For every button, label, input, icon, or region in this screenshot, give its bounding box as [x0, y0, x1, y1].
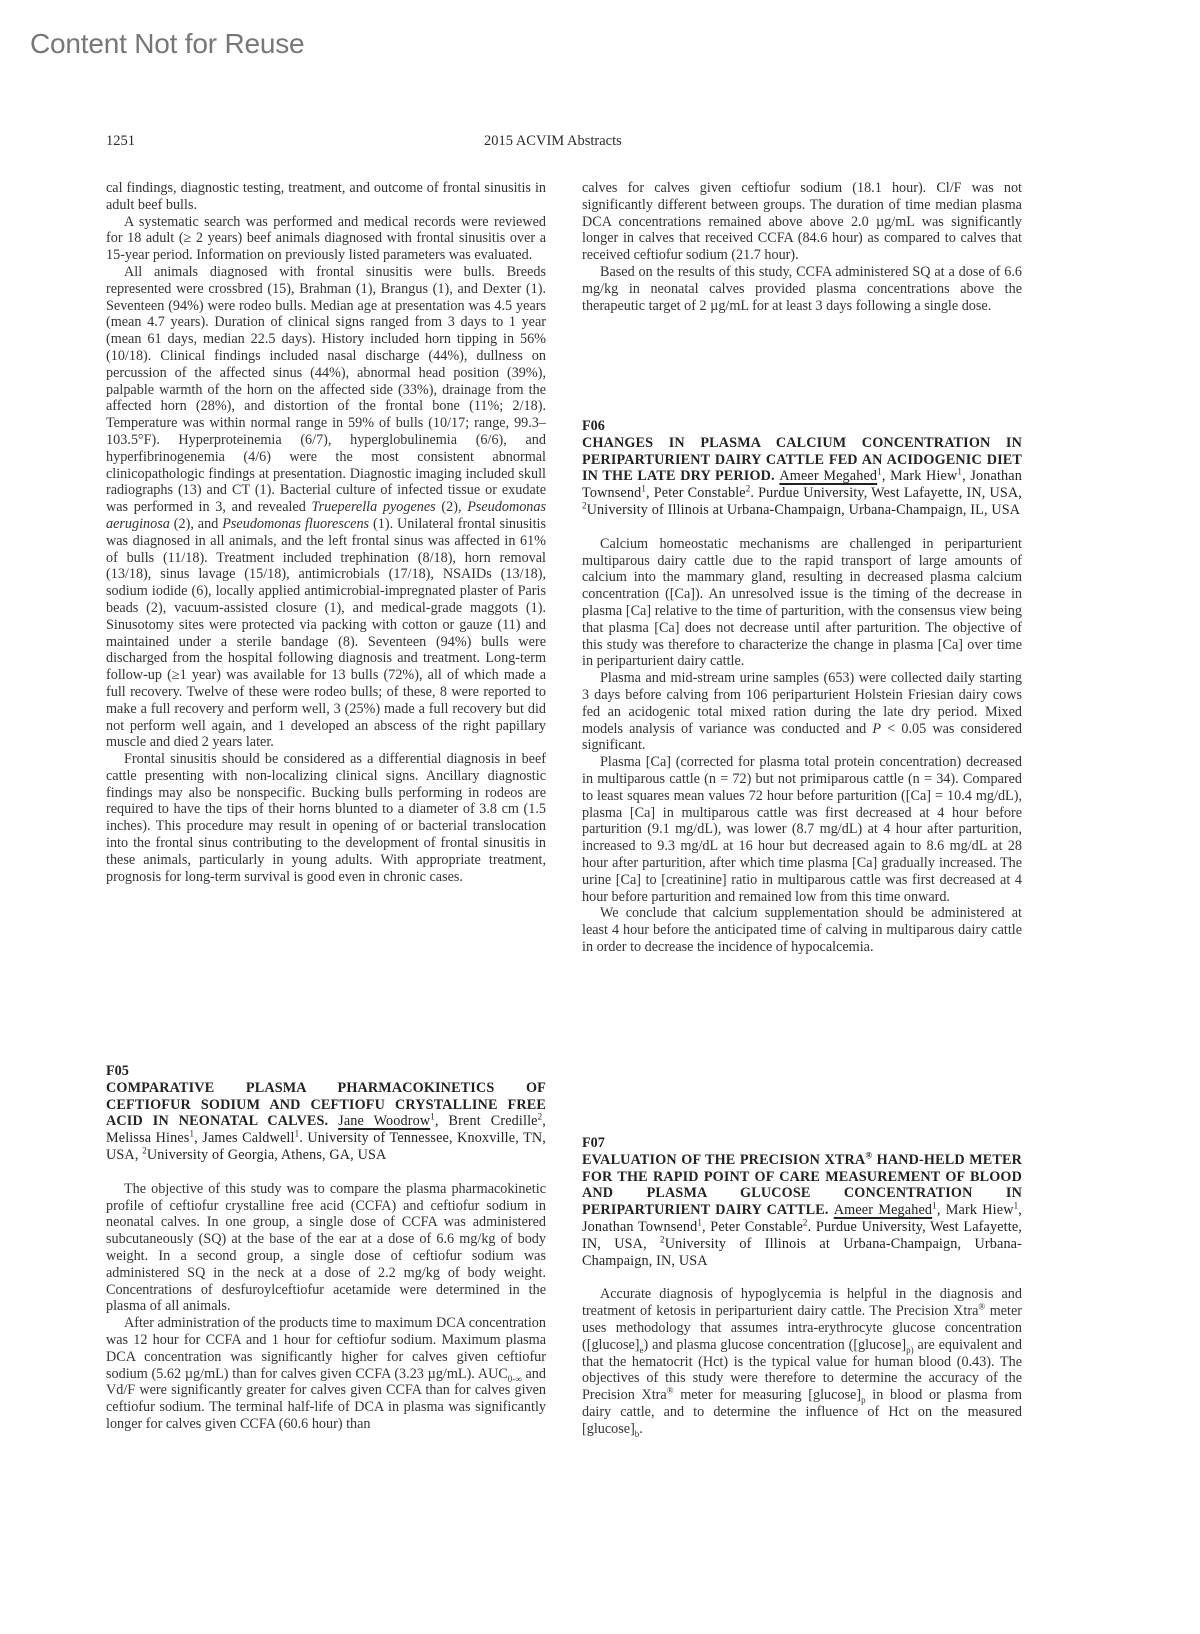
- affiliation: University of Georgia, Athens, GA, USA: [147, 1147, 387, 1163]
- registered-mark: ®: [667, 1385, 674, 1395]
- author: , Brent Credille: [435, 1113, 538, 1129]
- paragraph: We conclude that calcium supplementation…: [582, 905, 1022, 955]
- abstract-f07: F07 EVALUATION OF THE PRECISION XTRA® HA…: [582, 1135, 1022, 1438]
- left-column: cal findings, diagnostic testing, treatm…: [106, 180, 546, 885]
- author: , James Caldwell: [194, 1130, 294, 1146]
- abstract-f05: F05 COMPARATIVE PLASMA PHARMACOKINETICS …: [106, 1063, 546, 1433]
- abstract-f06: F06 CHANGES IN PLASMA CALCIUM CONCENTRAT…: [582, 418, 1022, 956]
- text: EVALUATION OF THE PRECISION XTRA: [582, 1152, 865, 1168]
- text: (2),: [436, 499, 467, 515]
- text: .: [639, 1421, 643, 1437]
- abstract-id: F07: [582, 1135, 1022, 1152]
- running-head: 1251 2015 ACVIM Abstracts: [106, 133, 1046, 153]
- abstract-id: F05: [106, 1063, 546, 1080]
- paragraph: Frontal sinusitis should be considered a…: [106, 751, 546, 885]
- paragraph: calves for calves given ceftiofur sodium…: [582, 180, 1022, 264]
- presenting-author: Ameer Megahed: [779, 468, 877, 484]
- text: (2), and: [170, 516, 222, 532]
- text: meter for measuring [glucose]: [674, 1387, 862, 1403]
- paragraph: After administration of the products tim…: [106, 1315, 546, 1433]
- abstract-body: Accurate diagnosis of hypoglycemia is he…: [582, 1286, 1022, 1437]
- presenting-author: Jane Woodrow: [338, 1113, 430, 1129]
- abstract-body: Calcium homeostatic mechanisms are chall…: [582, 536, 1022, 956]
- paragraph: All animals diagnosed with frontal sinus…: [106, 264, 546, 751]
- author: , Peter Constable: [702, 1219, 803, 1235]
- author: , Mark Hiew: [882, 468, 958, 484]
- text: ) and plasma glucose concentration ([glu…: [644, 1337, 907, 1353]
- paragraph: Calcium homeostatic mechanisms are chall…: [582, 536, 1022, 670]
- right-column: calves for calves given ceftiofur sodium…: [582, 180, 1022, 314]
- paragraph: Accurate diagnosis of hypoglycemia is he…: [582, 1286, 1022, 1437]
- paragraph: Based on the results of this study, CCFA…: [582, 264, 1022, 314]
- watermark: Content Not for Reuse: [30, 28, 304, 60]
- continued-abstract: cal findings, diagnostic testing, treatm…: [106, 180, 546, 885]
- page-number: 1251: [106, 133, 135, 150]
- text: Accurate diagnosis of hypoglycemia is he…: [582, 1286, 1022, 1319]
- presenting-author: Ameer Megahed: [834, 1202, 932, 1218]
- paragraph: cal findings, diagnostic testing, treatm…: [106, 180, 546, 214]
- text: (1). Unilateral frontal sinusitis was di…: [106, 516, 546, 750]
- journal-title: 2015 ACVIM Abstracts: [484, 133, 622, 150]
- paragraph: Plasma [Ca] (corrected for plasma total …: [582, 754, 1022, 905]
- abstract-body: The objective of this study was to compa…: [106, 1181, 546, 1433]
- abstract-title-block: CHANGES IN PLASMA CALCIUM CONCENTRATION …: [582, 435, 1022, 519]
- text: After administration of the products tim…: [106, 1315, 546, 1381]
- paragraph: A systematic search was performed and me…: [106, 214, 546, 264]
- affiliation: . Purdue University, West Lafayette, IN,…: [750, 485, 1022, 501]
- organism-name: Pseudomonas fluorescens: [222, 516, 369, 532]
- abstract-title-block: COMPARATIVE PLASMA PHARMACOKINETICS OF C…: [106, 1080, 546, 1164]
- author: , Mark Hiew: [937, 1202, 1014, 1218]
- abstract-id: F06: [582, 418, 1022, 435]
- author: , Peter Constable: [646, 485, 746, 501]
- p-value-symbol: P: [872, 721, 881, 737]
- f05-continued: calves for calves given ceftiofur sodium…: [582, 180, 1022, 314]
- text: All animals diagnosed with frontal sinus…: [106, 264, 546, 515]
- organism-name: Trueperella pyogenes: [312, 499, 436, 515]
- paragraph: Plasma and mid-stream urine samples (653…: [582, 670, 1022, 754]
- affiliation: University of Illinois at Urbana-Champai…: [587, 502, 1021, 518]
- paragraph: The objective of this study was to compa…: [106, 1181, 546, 1315]
- abstract-title-block: EVALUATION OF THE PRECISION XTRA® HAND-H…: [582, 1152, 1022, 1270]
